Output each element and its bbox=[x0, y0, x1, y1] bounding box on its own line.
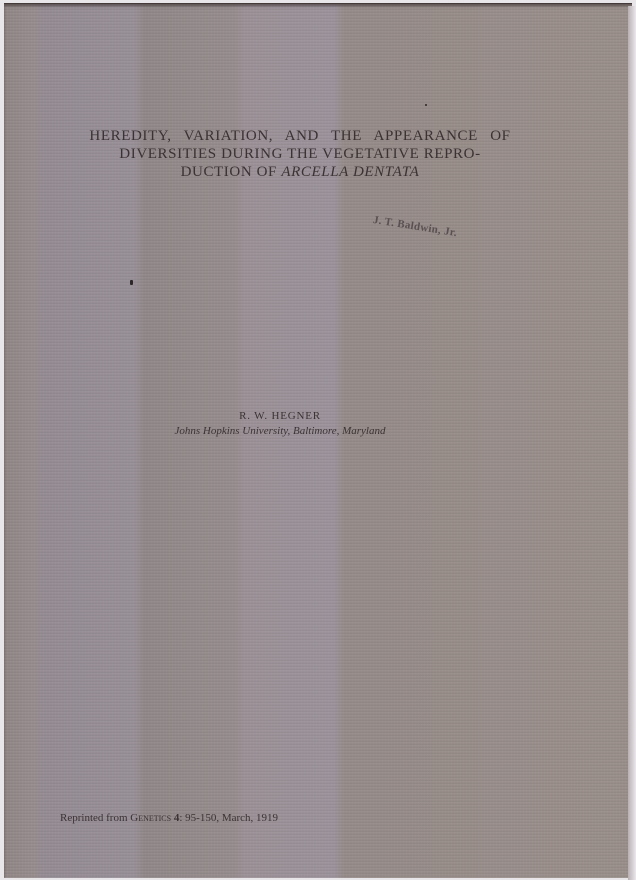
reprint-note: Reprinted from Genetics 4: 95-150, March… bbox=[60, 812, 278, 824]
reprint-pages-date: : 95-150, March, 1919 bbox=[179, 812, 278, 824]
ink-speck bbox=[425, 104, 427, 106]
title-line-1: HEREDITY, VARIATION, AND THE APPEARANCE … bbox=[40, 127, 560, 145]
journal-name: Genetics bbox=[130, 812, 171, 824]
title-line-3-prefix: DUCTION OF bbox=[181, 164, 282, 180]
title-line-3: DUCTION OF ARCELLA DENTATA bbox=[40, 163, 560, 181]
cover-right-edge bbox=[628, 6, 636, 880]
title-line-2: DIVERSITIES DURING THE VEGETATIVE REPRO- bbox=[40, 145, 560, 163]
ink-speck bbox=[130, 280, 133, 285]
reprint-prefix: Reprinted from bbox=[60, 812, 130, 824]
document-title: HEREDITY, VARIATION, AND THE APPEARANCE … bbox=[40, 127, 560, 181]
author-affiliation: Johns Hopkins University, Baltimore, Mar… bbox=[120, 425, 440, 437]
author-name: R. W. HEGNER bbox=[140, 410, 420, 422]
species-name: ARCELLA DENTATA bbox=[281, 164, 419, 180]
